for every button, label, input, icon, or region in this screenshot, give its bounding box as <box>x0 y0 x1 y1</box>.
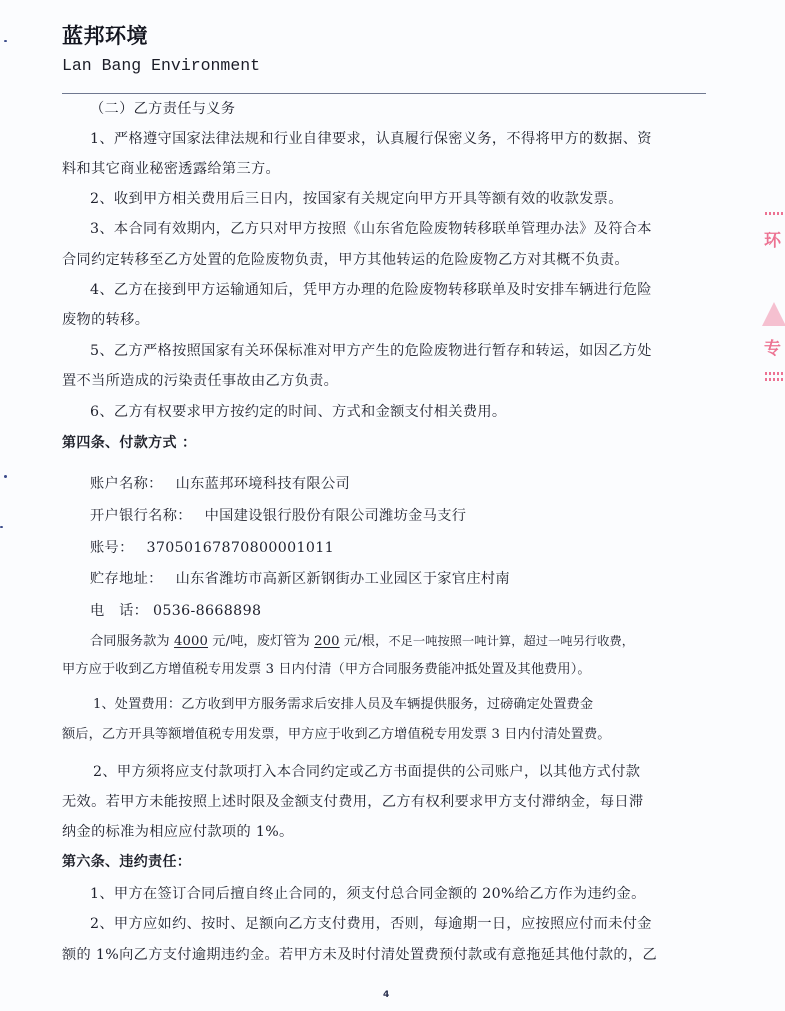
paragraph-line: 6、乙方有权要求甲方按约定的时间、方式和金额支付相关费用。 <box>90 402 506 422</box>
pricing-unit-ton: 元/吨，废灯管为 <box>208 634 314 649</box>
storage-address-value: 山东省潍坊市高新区新钢街办工业园区于家官庄村南 <box>176 571 510 587</box>
account-number-value: 37050167870800001011 <box>147 540 335 556</box>
account-number-label: 账号： <box>90 540 134 556</box>
bank-name-row: 开户银行名称： 中国建设银行股份有限公司潍坊金马支行 <box>90 506 466 526</box>
section-title: （二）乙方责任与义务 <box>90 99 235 119</box>
seal-glyph: 环 <box>764 226 781 251</box>
article-4-heading: 第四条、付款方式 ： <box>62 433 196 453</box>
account-name-row: 账户名称： 山东蓝邦环境科技有限公司 <box>90 474 350 494</box>
account-name-label: 账户名称： <box>90 476 163 492</box>
paragraph-line: 5、乙方严格按照国家有关环保标准对甲方产生的危险废物进行暂存和转运，如因乙方处 <box>90 341 652 361</box>
paragraph-line: 料和其它商业秘密透露给第三方。 <box>62 159 280 179</box>
paragraph-line: 甲方应于收到乙方增值税专用发票 3 日内付清（甲方合同服务费能冲抵处置及其他费用… <box>62 660 591 680</box>
paragraph-line: 2、收到甲方相关费用后三日内，按国家有关规定向甲方开具等额有效的收款发票。 <box>90 189 623 209</box>
bank-name-label: 开户银行名称： <box>90 508 192 524</box>
page-number: 4 <box>383 990 389 1000</box>
paragraph-line: 无效。若甲方未能按照上述时限及金额支付费用，乙方有权利要求甲方支付滞纳金，每日滞 <box>62 792 644 812</box>
phone-row: 电 话： 0536-8668898 <box>90 601 261 621</box>
document-page: 蓝邦环境 Lan Bang Environment （二）乙方责任与义务 1、严… <box>0 0 785 1011</box>
storage-address-row: 贮存地址： 山东省潍坊市高新区新钢街办工业园区于家官庄村南 <box>90 569 510 589</box>
pricing-line: 合同服务款为 4000 元/吨，废灯管为 200 元/根，不足一吨按照一吨计算，… <box>90 631 634 652</box>
phone-value: 0536-8668898 <box>153 603 261 619</box>
paragraph-line: 4、乙方在接到甲方运输通知后，凭甲方办理的危险废物转移联单及时安排车辆进行危险 <box>90 280 652 300</box>
brand-name-english: Lan Bang Environment <box>62 56 260 75</box>
paragraph-line: 纳金的标准为相应应付款项的 1%。 <box>62 822 294 842</box>
paragraph-line: 额后，乙方开具等额增值税专用发票，甲方应于收到乙方增值税专用发票 3 日内付清处… <box>62 725 611 745</box>
seal-glyph: 专 <box>764 334 781 359</box>
scan-speck <box>4 475 7 478</box>
bank-name-value: 中国建设银行股份有限公司潍坊金马支行 <box>205 508 467 524</box>
seal-border-mark <box>765 212 783 215</box>
paragraph-line: 3、本合同有效期内，乙方只对甲方按照《山东省危险废物转移联单管理办法》及符合本 <box>90 219 652 239</box>
phone-label: 电 话： <box>90 603 148 619</box>
account-name-value: 山东蓝邦环境科技有限公司 <box>176 476 350 492</box>
brand-name-chinese: 蓝邦环境 <box>62 20 148 50</box>
seal-border-mark <box>765 378 783 381</box>
scan-speck <box>4 40 7 42</box>
paragraph-line: 额的 1%向乙方支付逾期违约金。若甲方未及时付清处置费预付款或有意拖延其他付款的… <box>62 945 657 965</box>
company-seal-stamp: 环 专 <box>762 212 785 392</box>
paragraph-line: 1、严格遵守国家法律法规和行业自律要求，认真履行保密义务，不得将甲方的数据、资 <box>90 129 652 149</box>
scan-speck <box>0 526 3 528</box>
header-divider <box>62 93 706 94</box>
paragraph-line: 合同约定转移至乙方处置的危险废物负责，甲方其他转运的危险废物乙方对其概不负责。 <box>62 250 629 270</box>
pricing-unit-tube: 元/根， <box>340 634 389 649</box>
seal-border-mark <box>765 372 783 375</box>
price-per-ton: 4000 <box>174 634 208 649</box>
price-per-tube: 200 <box>314 634 339 649</box>
pricing-tail: 不足一吨按照一吨计算，超过一吨另行收费， <box>388 634 634 648</box>
paragraph-line: 1、甲方在签订合同后擅自终止合同的，须支付总合同金额的 20%给乙方作为违约金。 <box>90 884 646 904</box>
account-number-row: 账号： 37050167870800001011 <box>90 538 334 558</box>
storage-address-label: 贮存地址： <box>90 571 163 587</box>
seal-star-icon <box>762 302 785 326</box>
paragraph-line: 置不当所造成的污染责任事故由乙方负责。 <box>62 371 338 391</box>
paragraph-line: 2、甲方应如约、按时、足额向乙方支付费用，否则，每逾期一日，应按照应付而未付金 <box>90 914 652 934</box>
article-6-heading: 第六条、违约责任： <box>62 852 191 872</box>
pricing-prefix: 合同服务款为 <box>90 634 174 649</box>
paragraph-line: 2、甲方须将应支付款项打入本合同约定或乙方书面提供的公司账户，以其他方式付款 <box>93 762 640 782</box>
paragraph-line: 废物的转移。 <box>62 310 149 330</box>
paragraph-line: 1、处置费用：乙方收到甲方服务需求后安排人员及车辆提供服务，过磅确定处置费金 <box>93 695 593 715</box>
